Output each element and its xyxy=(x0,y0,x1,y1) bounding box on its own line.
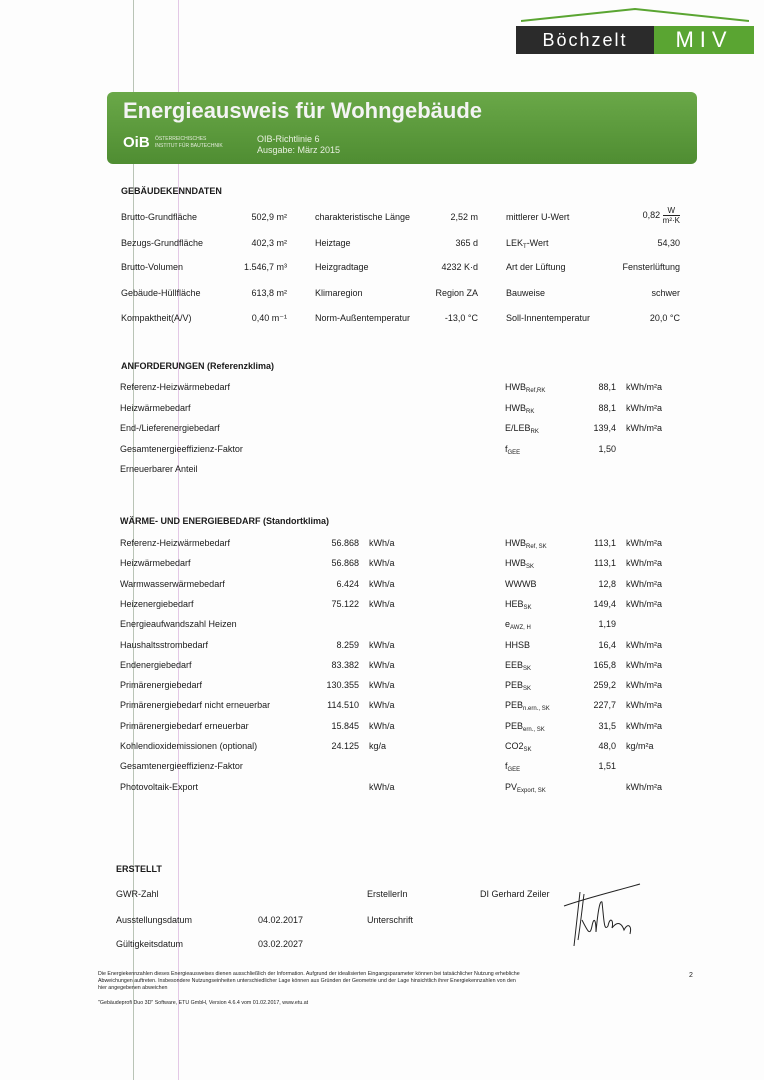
requirement-unit: kWh/m²a xyxy=(626,423,662,433)
requirement-label: Referenz-Heizwärmebedarf xyxy=(120,382,230,392)
demand-symbol: PEBn.ern., SK xyxy=(505,700,550,712)
building-value: 20,0 °C xyxy=(580,313,680,323)
demand-label: Endenergiebedarf xyxy=(120,660,192,670)
demand-absolute-unit: kWh/a xyxy=(369,680,395,690)
author-name: DI Gerhard Zeiler xyxy=(480,889,550,899)
building-label: Brutto-Volumen xyxy=(121,262,183,272)
demand-absolute-value: 56.868 xyxy=(300,558,359,568)
demand-label: Primärenergiebedarf xyxy=(120,680,202,690)
building-label: Bezugs-Grundfläche xyxy=(121,238,203,248)
demand-unit: kWh/m²a xyxy=(626,538,662,548)
building-label: Art der Lüftung xyxy=(506,262,566,272)
requirement-label: End-/Lieferenergiebedarf xyxy=(120,423,220,433)
building-label: charakteristische Länge xyxy=(315,212,410,222)
requirement-label: Gesamtenergieeffizienz-Faktor xyxy=(120,444,243,454)
valid-date-value: 03.02.2027 xyxy=(258,939,303,949)
demand-value: 113,1 xyxy=(570,558,616,568)
logo-text-right: MIV xyxy=(654,26,754,54)
building-label: Heiztage xyxy=(315,238,351,248)
demand-unit: kWh/m²a xyxy=(626,700,662,710)
section-heading-created: ERSTELLT xyxy=(116,864,162,874)
building-label: Brutto-Grundfläche xyxy=(121,212,197,222)
company-logo: Böchzelt MIV xyxy=(516,8,754,54)
building-value: 4232 K·d xyxy=(420,262,478,272)
section-heading-building: GEBÄUDEKENNDATEN xyxy=(121,186,222,196)
demand-absolute-unit: kWh/a xyxy=(369,599,395,609)
requirement-label: Heizwärmebedarf xyxy=(120,403,191,413)
page-number: 2 xyxy=(689,972,693,979)
demand-value: 165,8 xyxy=(570,660,616,670)
issue-date-value: 04.02.2017 xyxy=(258,915,303,925)
signature-label: Unterschrift xyxy=(367,915,413,925)
demand-value: 48,0 xyxy=(570,741,616,751)
demand-symbol: fGEE xyxy=(505,761,520,773)
demand-symbol: EEBSK xyxy=(505,660,531,672)
demand-unit: kWh/m²a xyxy=(626,660,662,670)
demand-symbol: PVExport, SK xyxy=(505,782,546,794)
signature-icon xyxy=(562,880,642,950)
building-label: Soll-Innentemperatur xyxy=(506,313,590,323)
demand-unit: kWh/m²a xyxy=(626,721,662,731)
demand-label: Primärenergiebedarf erneuerbar xyxy=(120,721,249,731)
demand-unit: kWh/m²a xyxy=(626,782,662,792)
demand-value: 1,51 xyxy=(570,761,616,771)
requirement-symbol: HWBRef,RK xyxy=(505,382,545,394)
requirement-value: 88,1 xyxy=(570,403,616,413)
building-label: Klimaregion xyxy=(315,288,363,298)
demand-symbol: HWBSK xyxy=(505,558,534,570)
building-label: Bauweise xyxy=(506,288,545,298)
demand-symbol: eAWZ, H xyxy=(505,619,531,631)
guideline-info: OIB-Richtlinie 6 Ausgabe: März 2015 xyxy=(257,134,340,156)
roof-icon xyxy=(521,8,749,22)
demand-label: Haushaltsstrombedarf xyxy=(120,640,208,650)
demand-unit: kg/m²a xyxy=(626,741,654,751)
building-value: 613,8 m² xyxy=(220,288,287,298)
building-value: 2,52 m xyxy=(420,212,478,222)
building-value: 0,40 m⁻¹ xyxy=(220,313,287,324)
issue-date-label: Ausstellungsdatum xyxy=(116,915,192,925)
building-value: 402,3 m² xyxy=(220,238,287,248)
demand-value: 16,4 xyxy=(570,640,616,650)
demand-absolute-unit: kWh/a xyxy=(369,538,395,548)
demand-symbol: HHSB xyxy=(505,640,530,650)
demand-absolute-unit: kWh/a xyxy=(369,558,395,568)
demand-absolute-value: 56.868 xyxy=(300,538,359,548)
demand-symbol: HEBSK xyxy=(505,599,532,611)
requirement-value: 139,4 xyxy=(570,423,616,433)
requirement-value: 88,1 xyxy=(570,382,616,392)
requirement-value: 1,50 xyxy=(570,444,616,454)
demand-absolute-value: 114.510 xyxy=(300,700,359,710)
demand-label: Primärenergiebedarf nicht erneuerbar xyxy=(120,700,270,710)
demand-unit: kWh/m²a xyxy=(626,579,662,589)
gwr-label: GWR-Zahl xyxy=(116,889,159,899)
requirement-unit: kWh/m²a xyxy=(626,403,662,413)
demand-label: Heizenergiebedarf xyxy=(120,599,194,609)
demand-absolute-unit: kWh/a xyxy=(369,700,395,710)
author-label: ErstellerIn xyxy=(367,889,408,899)
demand-label: Gesamtenergieeffizienz-Faktor xyxy=(120,761,243,771)
demand-absolute-unit: kWh/a xyxy=(369,640,395,650)
demand-value: 31,5 xyxy=(570,721,616,731)
demand-value: 113,1 xyxy=(570,538,616,548)
demand-absolute-unit: kg/a xyxy=(369,741,386,751)
header-banner: Energieausweis für Wohngebäude OiB ÖSTER… xyxy=(107,92,697,164)
building-value: 365 d xyxy=(420,238,478,248)
demand-label: Heizwärmebedarf xyxy=(120,558,191,568)
building-value: schwer xyxy=(580,288,680,298)
document-title: Energieausweis für Wohngebäude xyxy=(123,98,482,124)
building-value: Fensterlüftung xyxy=(580,262,680,272)
demand-absolute-value: 75.122 xyxy=(300,599,359,609)
building-label: Gebäude-Hüllfläche xyxy=(121,288,201,298)
logo-text-left: Böchzelt xyxy=(516,26,654,54)
building-label: mittlerer U-Wert xyxy=(506,212,569,222)
demand-unit: kWh/m²a xyxy=(626,680,662,690)
demand-value: 12,8 xyxy=(570,579,616,589)
demand-symbol: PEBSK xyxy=(505,680,531,692)
demand-value: 1,19 xyxy=(570,619,616,629)
disclaimer: Die Energiekennzahlen dieses Energieausw… xyxy=(98,971,520,992)
demand-absolute-unit: kWh/a xyxy=(369,782,395,792)
demand-absolute-unit: kWh/a xyxy=(369,721,395,731)
demand-value: 149,4 xyxy=(570,599,616,609)
demand-value: 259,2 xyxy=(570,680,616,690)
section-heading-demand: WÄRME- UND ENERGIEBEDARF (Standortklima) xyxy=(120,516,329,526)
building-label: LEKT-Wert xyxy=(506,238,549,250)
demand-symbol: CO2SK xyxy=(505,741,532,753)
demand-label: Kohlendioxidemissionen (optional) xyxy=(120,741,257,751)
building-value: 502,9 m² xyxy=(220,212,287,222)
building-label: Kompaktheit(A/V) xyxy=(121,313,192,323)
demand-label: Photovoltaik-Export xyxy=(120,782,198,792)
valid-date-label: Gültigkeitsdatum xyxy=(116,939,183,949)
demand-absolute-value: 130.355 xyxy=(300,680,359,690)
oib-logo: OiB xyxy=(123,134,150,151)
requirement-symbol: E/LEBRK xyxy=(505,423,539,435)
demand-absolute-value: 15.845 xyxy=(300,721,359,731)
demand-label: Referenz-Heizwärmebedarf xyxy=(120,538,230,548)
building-value: Region ZA xyxy=(420,288,478,298)
requirement-symbol: fGEE xyxy=(505,444,520,456)
requirement-symbol: HWBRK xyxy=(505,403,534,415)
section-heading-requirements: ANFORDERUNGEN (Referenzklima) xyxy=(121,361,274,371)
demand-unit: kWh/m²a xyxy=(626,558,662,568)
demand-absolute-unit: kWh/a xyxy=(369,660,395,670)
demand-absolute-unit: kWh/a xyxy=(369,579,395,589)
building-value: 1.546,7 m³ xyxy=(220,262,287,272)
demand-symbol: WWWB xyxy=(505,579,537,589)
demand-label: Energieaufwandszahl Heizen xyxy=(120,619,237,629)
demand-absolute-value: 8.259 xyxy=(300,640,359,650)
demand-absolute-value: 24.125 xyxy=(300,741,359,751)
demand-symbol: HWBRef, SK xyxy=(505,538,547,550)
demand-unit: kWh/m²a xyxy=(626,599,662,609)
building-value: 54,30 xyxy=(580,238,680,248)
demand-absolute-value: 83.382 xyxy=(300,660,359,670)
building-label: Heizgradtage xyxy=(315,262,369,272)
requirement-unit: kWh/m²a xyxy=(626,382,662,392)
demand-absolute-value: 6.424 xyxy=(300,579,359,589)
software-note: "Gebäudeprofi Duo 3D" Software, ETU GmbH… xyxy=(98,1000,308,1007)
building-label: Norm-Außentemperatur xyxy=(315,313,410,323)
demand-symbol: PEBern., SK xyxy=(505,721,545,733)
requirement-label: Erneuerbarer Anteil xyxy=(120,464,198,474)
demand-label: Warmwasserwärmebedarf xyxy=(120,579,225,589)
building-value: 0,82 Wm²·K xyxy=(580,206,680,225)
building-value: -13,0 °C xyxy=(420,313,478,323)
demand-value: 227,7 xyxy=(570,700,616,710)
oib-institute-name: ÖSTERREICHISCHES INSTITUT FÜR BAUTECHNIK xyxy=(155,136,223,150)
demand-unit: kWh/m²a xyxy=(626,640,662,650)
